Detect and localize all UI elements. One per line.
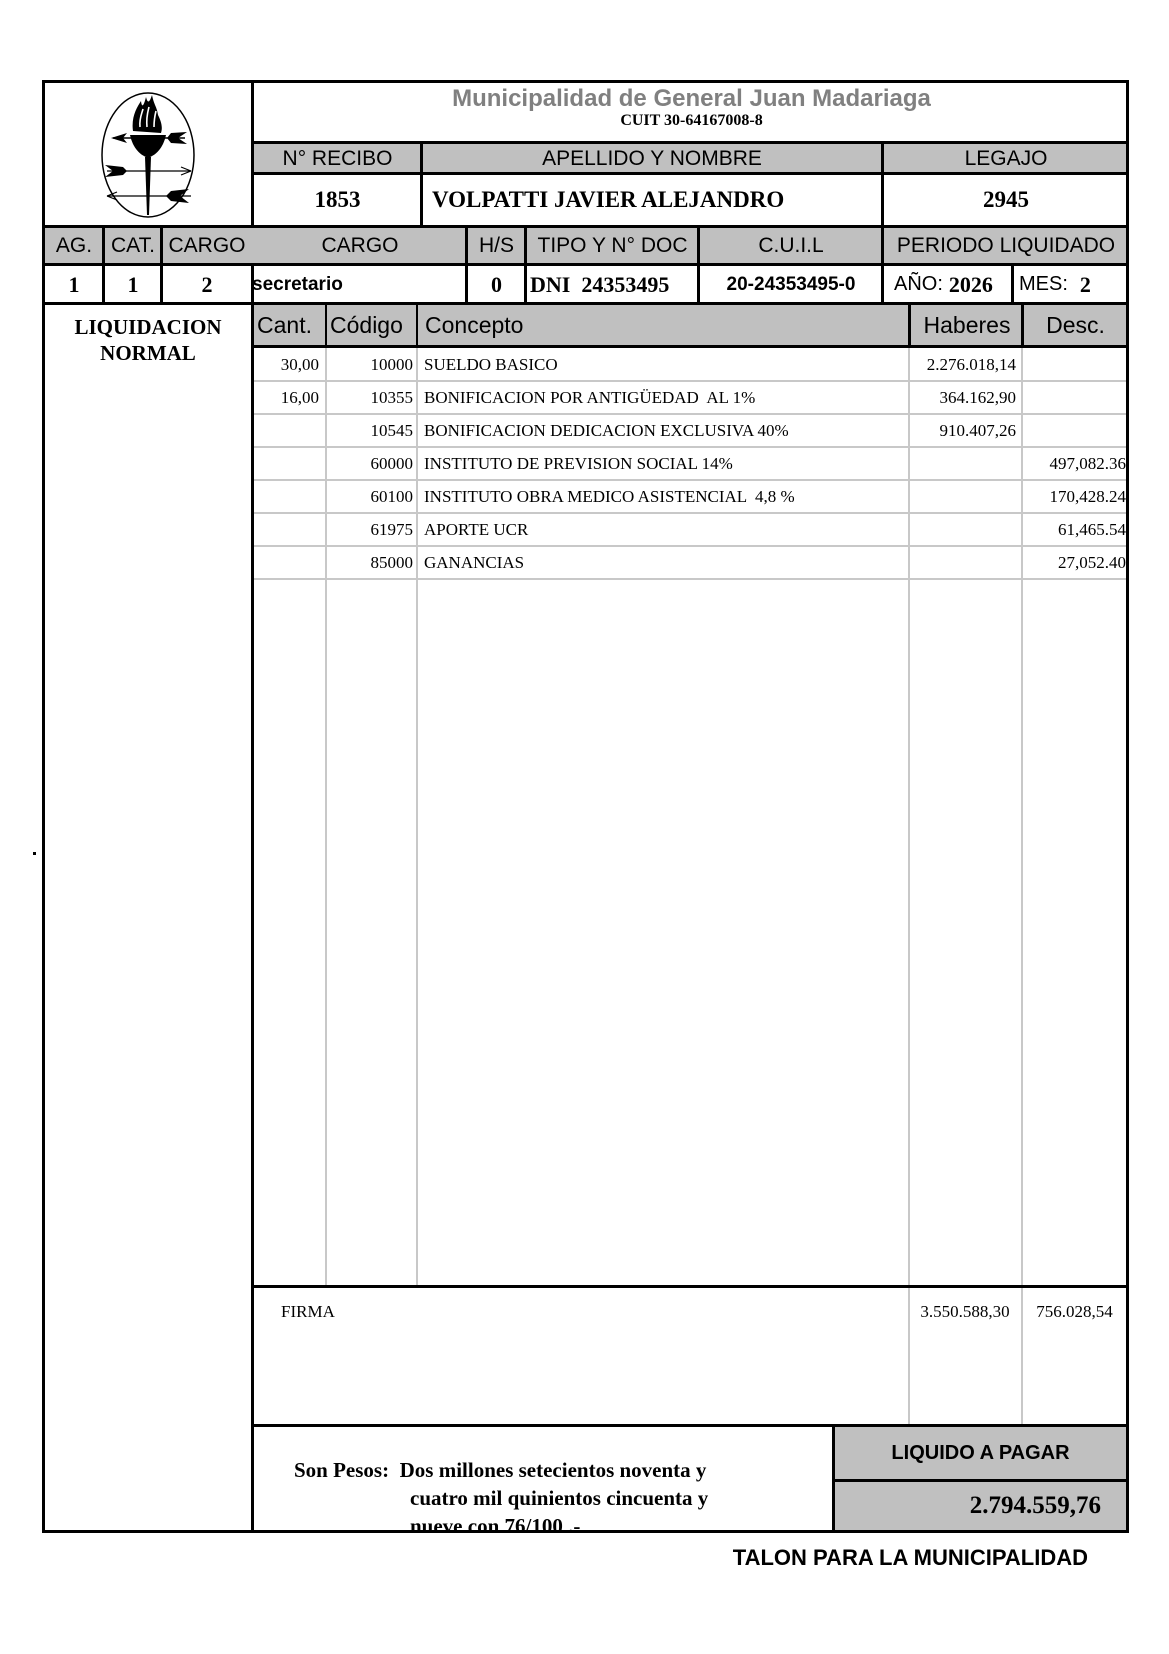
divider bbox=[465, 225, 468, 304]
cell-concepto: INSTITUTO OBRA MEDICO ASISTENCIAL 4,8 % bbox=[418, 480, 906, 513]
nombre-label: APELLIDO Y NOMBRE bbox=[422, 144, 882, 173]
cell-cant bbox=[254, 546, 321, 579]
cell-concepto: BONIFICACION POR ANTIGÜEDAD AL 1% bbox=[418, 381, 906, 414]
cell-cant: 16,00 bbox=[254, 381, 321, 414]
legajo-label: LEGAJO bbox=[884, 144, 1128, 173]
cell-codigo: 10545 bbox=[327, 414, 415, 447]
cell-haberes: 364.162,90 bbox=[910, 381, 1020, 414]
periodo-label: PERIODO LIQUIDADO bbox=[884, 228, 1128, 264]
liquido-value: 2.794.559,76 bbox=[835, 1482, 1101, 1530]
anio-value: 2026 bbox=[949, 272, 993, 298]
hs-label: H/S bbox=[468, 228, 525, 264]
cell-haberes: 910.407,26 bbox=[910, 414, 1020, 447]
cell-codigo: 60100 bbox=[327, 480, 415, 513]
cell-haberes bbox=[910, 546, 1020, 579]
divider bbox=[160, 225, 163, 304]
divider bbox=[251, 1285, 1129, 1288]
cell-cant bbox=[254, 414, 321, 447]
col-header-haberes: Haberes bbox=[912, 305, 1022, 346]
divider bbox=[1011, 263, 1014, 304]
ag-value: 1 bbox=[45, 266, 103, 303]
col-header-concepto: Concepto bbox=[425, 305, 905, 346]
divider bbox=[325, 305, 327, 346]
cell-desc bbox=[1023, 414, 1126, 447]
liquidacion-type-line1: LIQUIDACION bbox=[45, 314, 251, 340]
recibo-number: 1853 bbox=[254, 175, 421, 225]
cell-desc bbox=[1023, 348, 1126, 381]
cargo-code-label: CARGO bbox=[163, 228, 251, 264]
liquidacion-type-line2: NORMAL bbox=[45, 340, 251, 366]
mes-label: MES: bbox=[1019, 273, 1068, 296]
cell-cant bbox=[254, 480, 321, 513]
total-haberes: 3.550.588,30 bbox=[910, 1302, 1020, 1322]
col-header-cant: Cant. bbox=[257, 305, 326, 346]
employee-name: VOLPATTI JAVIER ALEJANDRO bbox=[432, 175, 882, 225]
son-pesos-line2: cuatro mil quinientos cincuenta y bbox=[294, 1484, 708, 1512]
tipo-doc-value: DNI 24353495 bbox=[530, 266, 698, 303]
cuil-value: 20-24353495-0 bbox=[700, 266, 882, 303]
cell-concepto: SUELDO BASICO bbox=[418, 348, 906, 381]
divider bbox=[881, 225, 884, 304]
son-pesos-line1: Dos millones setecientos noventa y bbox=[400, 1458, 707, 1482]
cell-codigo: 61975 bbox=[327, 513, 415, 546]
ag-label: AG. bbox=[45, 228, 103, 264]
cell-concepto: GANANCIAS bbox=[418, 546, 906, 579]
municipality-title: Municipalidad de General Juan Madariaga bbox=[254, 86, 1129, 112]
recibo-label: N° RECIBO bbox=[254, 144, 421, 173]
total-desc: 756.028,54 bbox=[1023, 1302, 1126, 1322]
liquidacion-type: LIQUIDACION NORMAL bbox=[45, 314, 251, 366]
cell-codigo: 10000 bbox=[327, 348, 415, 381]
divider bbox=[908, 305, 911, 346]
firma-label: FIRMA bbox=[281, 1302, 335, 1322]
mes-value: 2 bbox=[1080, 272, 1091, 298]
talon-label: TALON PARA LA MUNICIPALIDAD bbox=[600, 1545, 1088, 1571]
hs-value: 0 bbox=[468, 266, 525, 303]
cell-concepto: BONIFICACION DEDICACION EXCLUSIVA 40% bbox=[418, 414, 906, 447]
cell-haberes bbox=[910, 447, 1020, 480]
col-header-codigo: Código bbox=[330, 305, 417, 346]
anio-label: AÑO: bbox=[894, 273, 943, 296]
son-pesos-line3: nueve con 76/100 .- bbox=[294, 1512, 708, 1540]
cell-concepto: INSTITUTO DE PREVISION SOCIAL 14% bbox=[418, 447, 906, 480]
cat-label: CAT. bbox=[105, 228, 161, 264]
row-divider bbox=[254, 578, 1126, 580]
cuit-label: CUIT 30-64167008-8 bbox=[254, 112, 1129, 130]
cell-concepto: APORTE UCR bbox=[418, 513, 906, 546]
cargo-value: secretario bbox=[252, 266, 464, 303]
cat-value: 1 bbox=[105, 266, 161, 303]
son-pesos-label: Son Pesos: bbox=[294, 1458, 389, 1482]
col-header-desc: Desc. bbox=[1025, 305, 1126, 346]
cell-codigo: 60000 bbox=[327, 447, 415, 480]
cell-haberes bbox=[910, 513, 1020, 546]
divider bbox=[102, 225, 105, 304]
tipo-doc-label: TIPO Y N° DOC bbox=[527, 228, 698, 264]
cell-desc bbox=[1023, 381, 1126, 414]
divider bbox=[697, 225, 700, 304]
cell-desc: 170,428.24 bbox=[1023, 480, 1126, 513]
divider bbox=[416, 305, 418, 346]
divider bbox=[1021, 305, 1024, 346]
cuil-label: C.U.I.L bbox=[700, 228, 882, 264]
cell-desc: 497,082.36 bbox=[1023, 447, 1126, 480]
cell-desc: 27,052.40 bbox=[1023, 546, 1126, 579]
mes-field: MES: 2 bbox=[1019, 266, 1126, 303]
divider bbox=[524, 225, 527, 304]
liquido-label: LIQUIDO A PAGAR bbox=[835, 1427, 1126, 1479]
cell-cant bbox=[254, 447, 321, 480]
divider bbox=[42, 1530, 1129, 1533]
divider bbox=[420, 141, 423, 227]
cell-haberes bbox=[910, 480, 1020, 513]
legajo-number: 2945 bbox=[884, 175, 1128, 225]
cargo-code-value: 2 bbox=[163, 266, 251, 303]
cell-cant bbox=[254, 513, 321, 546]
stray-mark bbox=[33, 852, 36, 855]
logo bbox=[45, 83, 252, 226]
son-pesos-amount-words: Son Pesos: Dos millones setecientos nove… bbox=[294, 1456, 708, 1540]
cell-haberes: 2.276.018,14 bbox=[910, 348, 1020, 381]
cell-codigo: 10355 bbox=[327, 381, 415, 414]
cell-codigo: 85000 bbox=[327, 546, 415, 579]
cell-desc: 61,465.54 bbox=[1023, 513, 1126, 546]
divider bbox=[881, 141, 884, 227]
torch-arrows-emblem-icon bbox=[45, 83, 252, 226]
anio-field: AÑO: 2026 bbox=[894, 266, 1012, 303]
cargo-label: CARGO bbox=[254, 228, 466, 264]
cell-cant: 30,00 bbox=[254, 348, 321, 381]
